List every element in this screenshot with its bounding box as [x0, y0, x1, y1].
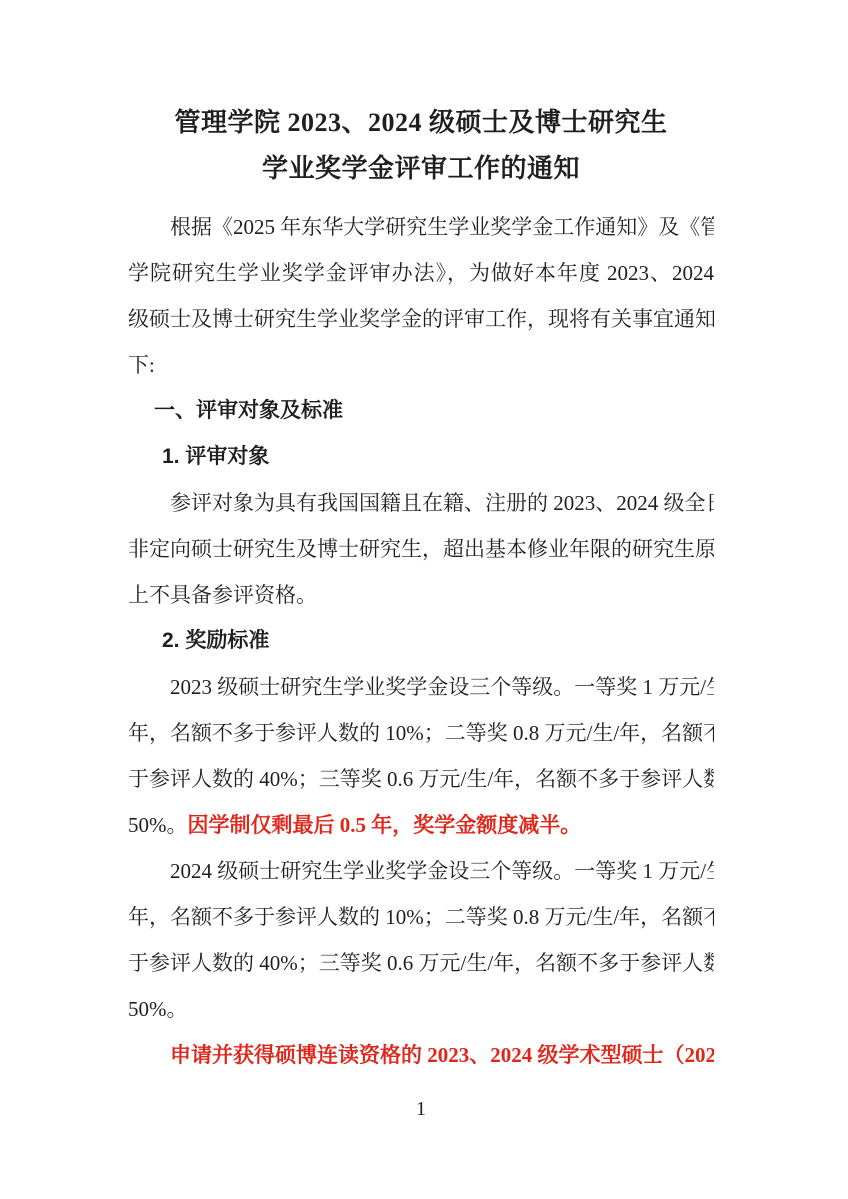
successive-masters-doctoral-red-line: 申请并获得硕博连读资格的 2023、2024 级学术型硕士（2025 [128, 1032, 714, 1078]
intro-line: 根据《2025 年东华大学研究生学业奖学金工作通知》及《管理 [128, 204, 714, 250]
award-2024-line: 于参评人数的 40%；三等奖 0.6 万元/生/年，名额不多于参评人数的 [128, 940, 714, 986]
award-2023-line-black-part: 50%。 [128, 813, 188, 837]
award-2023-line: 于参评人数的 40%；三等奖 0.6 万元/生/年，名额不多于参评人数的 [128, 756, 714, 802]
award-2023-line: 2023 级硕士研究生学业奖学金设三个等级。一等奖 1 万元/生/ [128, 664, 714, 710]
award-2023-last-line: 50%。因学制仅剩最后 0.5 年，奖学金额度减半。 [128, 802, 714, 848]
intro-line: 下: [128, 342, 714, 388]
award-2023-red-note: 因学制仅剩最后 0.5 年，奖学金额度减半。 [188, 813, 582, 837]
award-2024-line: 50%。 [128, 986, 714, 1032]
intro-line: 学院研究生学业奖学金评审办法》，为做好本年度 2023、2024 [128, 250, 714, 296]
section-heading-review-targets-and-criteria: 一、评审对象及标准 [128, 388, 714, 434]
document-content: 管理学院 2023、2024 级硕士及博士研究生 学业奖学金评审工作的通知 根据… [0, 0, 848, 1124]
document-title-line-1: 管理学院 2023、2024 级硕士及博士研究生 [128, 100, 714, 146]
eligibility-line: 非定向硕士研究生及博士研究生，超出基本修业年限的研究生原则 [128, 526, 714, 572]
award-2024-line: 年，名额不多于参评人数的 10%；二等奖 0.8 万元/生/年，名额不多 [128, 894, 714, 940]
eligibility-line: 上不具备参评资格。 [128, 572, 714, 618]
document-title-line-2: 学业奖学金评审工作的通知 [128, 146, 714, 192]
intro-line: 级硕士及博士研究生学业奖学金的评审工作，现将有关事宜通知如 [128, 296, 714, 342]
subheading-review-targets: 1. 评审对象 [128, 434, 714, 480]
page-number: 1 [128, 1094, 714, 1124]
eligibility-line: 参评对象为具有我国国籍且在籍、注册的 2023、2024 级全日制 [128, 480, 714, 526]
document-page: 管理学院 2023、2024 级硕士及博士研究生 学业奖学金评审工作的通知 根据… [0, 0, 848, 1199]
subheading-award-criteria: 2. 奖励标准 [128, 618, 714, 664]
award-2023-line: 年，名额不多于参评人数的 10%；二等奖 0.8 万元/生/年，名额不多 [128, 710, 714, 756]
award-2024-line: 2024 级硕士研究生学业奖学金设三个等级。一等奖 1 万元/生/ [128, 848, 714, 894]
title-body-spacer [128, 192, 714, 204]
